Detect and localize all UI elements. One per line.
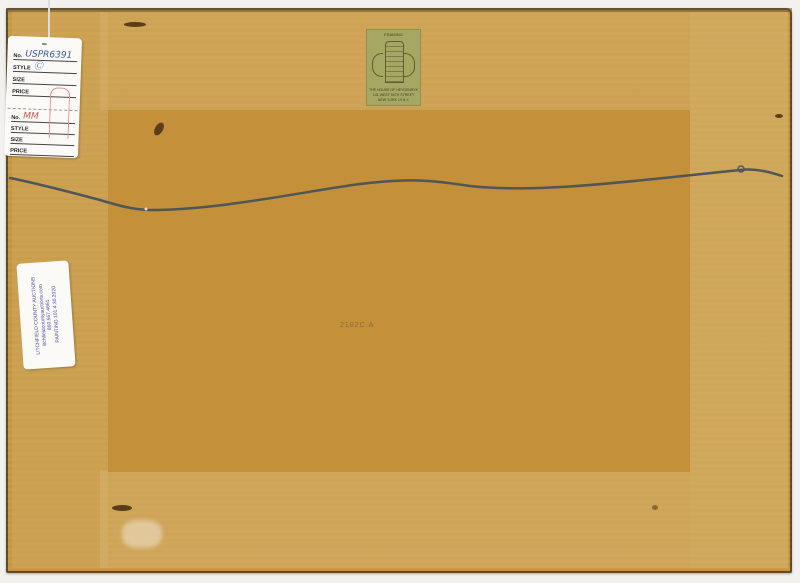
tag-value: MM bbox=[23, 112, 39, 122]
tag-hole bbox=[42, 43, 47, 45]
tag-value: Ⓒ bbox=[34, 63, 43, 72]
tag-row-style: STYLE Ⓒ bbox=[13, 62, 77, 74]
tag-string bbox=[48, 0, 50, 42]
framer-label: FRAMING THE HOUSE OF HEYDENRYK 141 WEST … bbox=[366, 29, 421, 106]
tag-label: PRICE bbox=[12, 89, 29, 96]
tag-label: PRICE bbox=[10, 148, 27, 155]
framer-address: THE HOUSE OF HEYDENRYK 141 WEST 54TH STR… bbox=[368, 88, 419, 103]
tag-label: SIZE bbox=[10, 137, 22, 143]
auction-label: LITCHFIELD COUNTY AUCTIONS litchfieldcou… bbox=[16, 260, 75, 369]
tag-row-no: No. USPR6391 bbox=[13, 50, 77, 62]
tag-row-size: SIZE bbox=[12, 74, 76, 86]
pink-pen-mark bbox=[49, 87, 71, 139]
framer-city: NEW YORK 19 N.Y. bbox=[368, 98, 419, 103]
tag-value: USPR6391 bbox=[25, 50, 72, 61]
tag-label: No. bbox=[11, 115, 20, 121]
price-tag: No. USPR6391 STYLE Ⓒ SIZE PRICE No. MM S… bbox=[4, 36, 82, 159]
tag-row-price2: PRICE bbox=[10, 145, 74, 157]
framer-label-title: FRAMING bbox=[366, 32, 421, 37]
framer-ornament-right bbox=[404, 53, 415, 77]
auction-label-text: LITCHFIELD COUNTY AUCTIONS litchfieldcou… bbox=[30, 264, 63, 366]
tag-label: No. bbox=[13, 53, 22, 59]
tag-label: STYLE bbox=[11, 126, 29, 133]
framer-ornament-left bbox=[372, 53, 383, 77]
tag-label: SIZE bbox=[12, 77, 24, 83]
building-icon bbox=[385, 41, 404, 83]
tag-label: STYLE bbox=[13, 65, 31, 72]
